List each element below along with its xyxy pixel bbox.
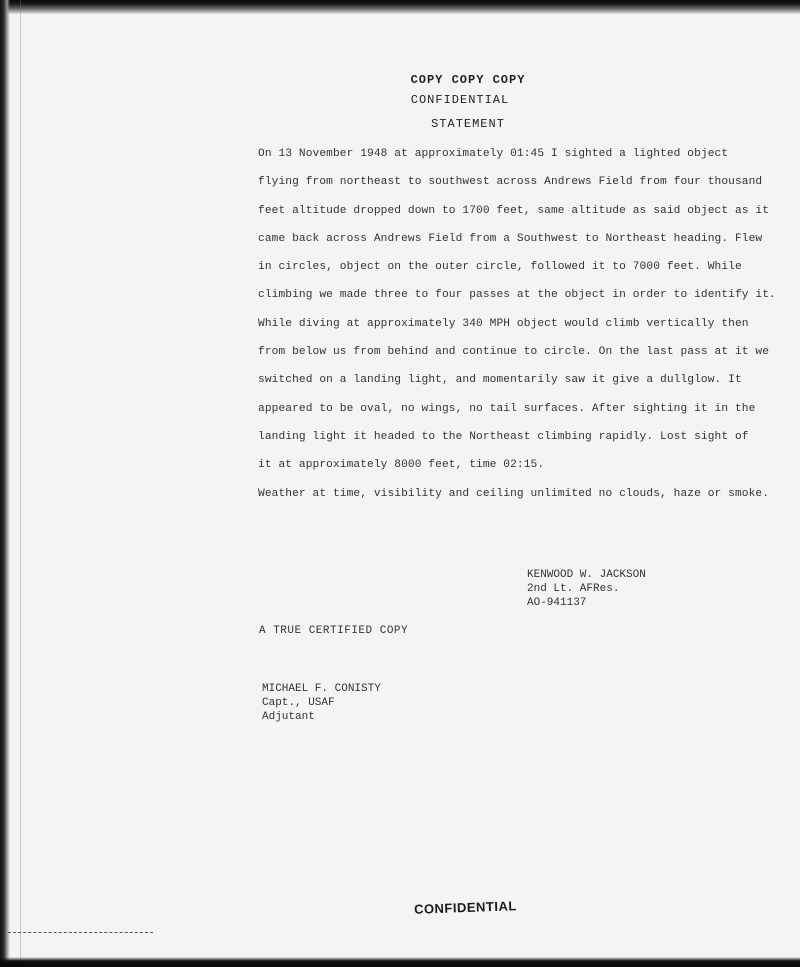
body-line: While diving at approximately 340 MPH ob…: [258, 310, 778, 338]
body-line: came back across Andrews Field from a So…: [258, 225, 778, 253]
scan-edge-left: [0, 0, 10, 967]
certifier-name: MICHAEL F. CONISTY: [262, 682, 381, 696]
body-line: feet altitude dropped down to 1700 feet,…: [258, 197, 778, 225]
body-line: it at approximately 8000 feet, time 02:1…: [258, 451, 778, 479]
body-line: On 13 November 1948 at approximately 01:…: [258, 140, 778, 168]
body-line: Weather at time, visibility and ceiling …: [258, 480, 778, 508]
body-line: landing light it headed to the Northeast…: [258, 423, 778, 451]
statement-body: On 13 November 1948 at approximately 01:…: [258, 140, 778, 508]
body-line: from below us from behind and continue t…: [258, 338, 778, 366]
scan-edge-top: [0, 0, 800, 14]
body-line: appeared to be oval, no wings, no tail s…: [258, 395, 778, 423]
signatory-name: KENWOOD W. JACKSON: [527, 568, 646, 582]
certifier-block: MICHAEL F. CONISTY Capt., USAF Adjutant: [262, 682, 381, 724]
body-line: in circles, object on the outer circle, …: [258, 253, 778, 281]
certifier-rank: Capt., USAF: [262, 696, 381, 710]
certification-line: A TRUE CERTIFIED COPY: [259, 625, 408, 637]
body-line: climbing we made three to four passes at…: [258, 281, 778, 309]
signatory-serial: AO-941137: [527, 596, 646, 610]
scan-edge-bottom: [0, 957, 800, 967]
signature-block: KENWOOD W. JACKSON 2nd Lt. AFRes. AO-941…: [527, 568, 646, 610]
body-line: flying from northeast to southwest acros…: [258, 168, 778, 196]
copy-marks: COPY COPY COPY: [68, 73, 800, 87]
certifier-title: Adjutant: [262, 710, 381, 724]
scan-artifact-line: [20, 0, 21, 967]
body-line: switched on a landing light, and momenta…: [258, 366, 778, 394]
classification-footer-stamp: CONFIDENTIAL: [414, 898, 517, 917]
signatory-rank: 2nd Lt. AFRes.: [527, 582, 646, 596]
scan-artifact-dash: [8, 932, 153, 934]
classification-header: CONFIDENTIAL: [60, 93, 800, 107]
document-title: STATEMENT: [68, 117, 800, 131]
